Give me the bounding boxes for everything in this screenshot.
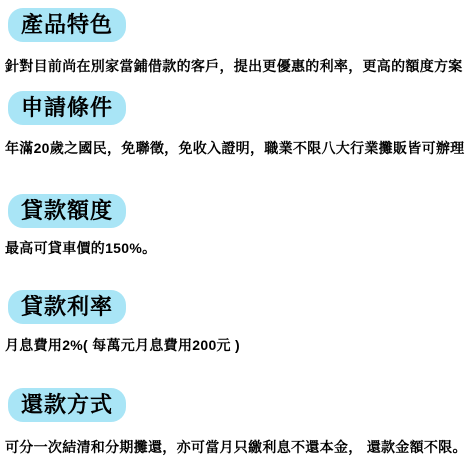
section-body-product-features: 針對目前尚在別家當鋪借款的客戶，提出更優惠的利率，更高的額度方案 [5,57,475,75]
section-title-loan-interest-rate: 貸款利率 [8,290,126,324]
section-heading-row: 產品特色 [0,8,475,42]
section-repayment-method: 還款方式 可分一次結清和分期攤還，亦可當月只繳利息不還本金， 還款金額不限。 [0,388,475,456]
section-title-product-features: 產品特色 [8,8,126,42]
loan-info-page: 產品特色 針對目前尚在別家當鋪借款的客戶，提出更優惠的利率，更高的額度方案 申請… [0,8,475,456]
section-title-repayment-method: 還款方式 [8,388,126,422]
section-loan-interest-rate: 貸款利率 月息費用2%( 每萬元月息費用200元 ) [0,290,475,354]
section-heading-row: 貸款額度 [0,194,475,228]
section-title-application-requirements: 申請條件 [8,91,126,125]
section-body-repayment-method: 可分一次結清和分期攤還，亦可當月只繳利息不還本金， 還款金額不限。 [5,438,475,456]
section-body-loan-amount: 最高可貸車價的150%。 [5,239,475,257]
section-body-loan-interest-rate: 月息費用2%( 每萬元月息費用200元 ) [5,336,475,354]
section-body-application-requirements: 年滿20歲之國民，免聯徵，免收入證明，職業不限八大行業攤販皆可辦理 [5,139,475,157]
section-heading-row: 貸款利率 [0,290,475,324]
section-heading-row: 申請條件 [0,91,475,125]
section-heading-row: 還款方式 [0,388,475,422]
section-title-loan-amount: 貸款額度 [8,194,126,228]
section-product-features: 產品特色 針對目前尚在別家當鋪借款的客戶，提出更優惠的利率，更高的額度方案 [0,8,475,75]
section-loan-amount: 貸款額度 最高可貸車價的150%。 [0,194,475,257]
section-application-requirements: 申請條件 年滿20歲之國民，免聯徵，免收入證明，職業不限八大行業攤販皆可辦理 [0,91,475,157]
